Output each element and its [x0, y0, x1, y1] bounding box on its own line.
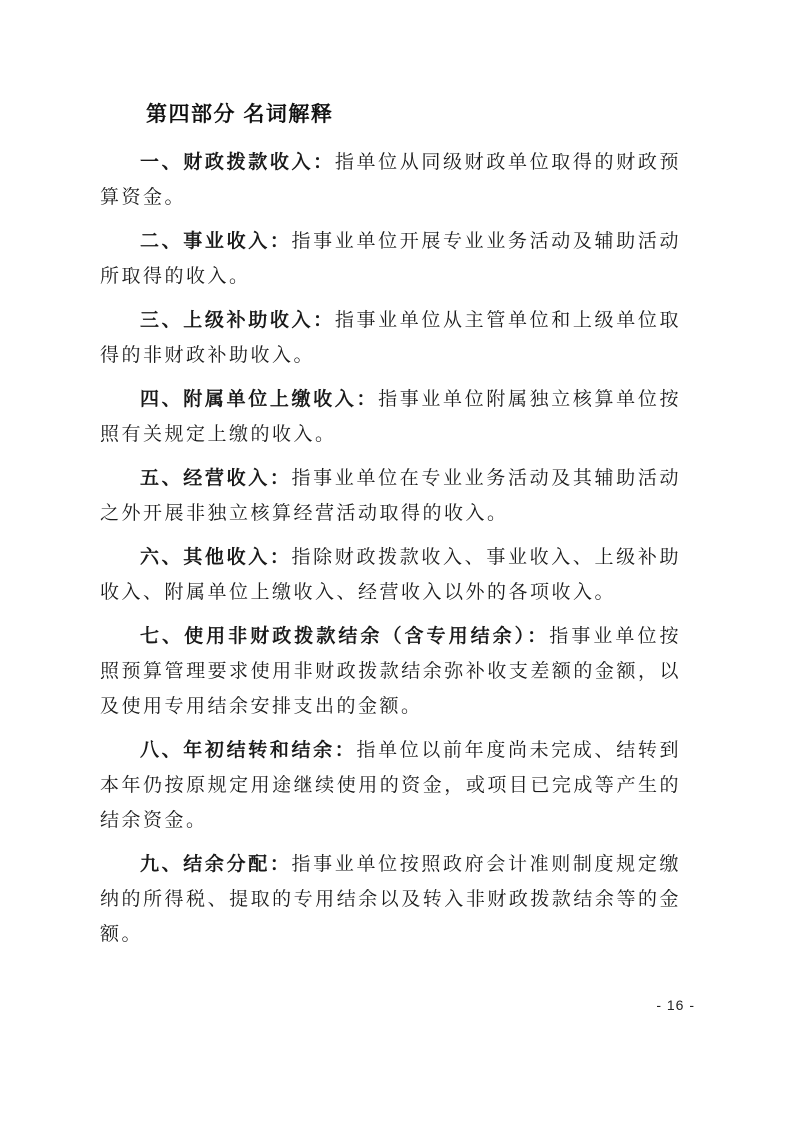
definition-paragraph: 一、财政拨款收入：指单位从同级财政单位取得的财政预算资金。	[100, 145, 681, 215]
term-label: 六、其他收入：	[140, 547, 292, 568]
definition-paragraph: 七、使用非财政拨款结余（含专用结余）：指事业单位按照预算管理要求使用非财政拨款结…	[100, 619, 681, 724]
term-label: 八、年初结转和结余：	[140, 740, 356, 761]
term-label: 九、结余分配：	[140, 854, 292, 875]
term-label: 五、经营收入：	[140, 468, 292, 489]
page-title: 第四部分 名词解释	[146, 100, 681, 130]
definition-paragraph: 二、事业收入：指事业单位开展专业业务活动及辅助活动所取得的收入。	[100, 224, 681, 294]
definition-paragraph: 九、结余分配：指事业单位按照政府会计准则制度规定缴纳的所得税、提取的专用结余以及…	[100, 847, 681, 952]
term-label: 二、事业收入：	[140, 231, 292, 252]
definition-paragraph: 三、上级补助收入：指事业单位从主管单位和上级单位取得的非财政补助收入。	[100, 303, 681, 373]
document-page: 第四部分 名词解释 一、财政拨款收入：指单位从同级财政单位取得的财政预算资金。 …	[0, 0, 793, 1122]
term-label: 一、财政拨款收入：	[140, 152, 335, 173]
term-label: 七、使用非财政拨款结余（含专用结余）：	[140, 626, 549, 647]
definition-paragraph: 八、年初结转和结余：指单位以前年度尚未完成、结转到本年仍按原规定用途继续使用的资…	[100, 733, 681, 838]
term-label: 四、附属单位上缴收入：	[140, 389, 378, 410]
definition-paragraph: 六、其他收入：指除财政拨款收入、事业收入、上级补助收入、附属单位上缴收入、经营收…	[100, 540, 681, 610]
document-content: 第四部分 名词解释 一、财政拨款收入：指单位从同级财政单位取得的财政预算资金。 …	[100, 100, 681, 961]
term-label: 三、上级补助收入：	[140, 310, 335, 331]
definition-paragraph: 四、附属单位上缴收入：指事业单位附属独立核算单位按照有关规定上缴的收入。	[100, 382, 681, 452]
definition-paragraph: 五、经营收入：指事业单位在专业业务活动及其辅助活动之外开展非独立核算经营活动取得…	[100, 461, 681, 531]
page-number: - 16 -	[656, 997, 695, 1013]
